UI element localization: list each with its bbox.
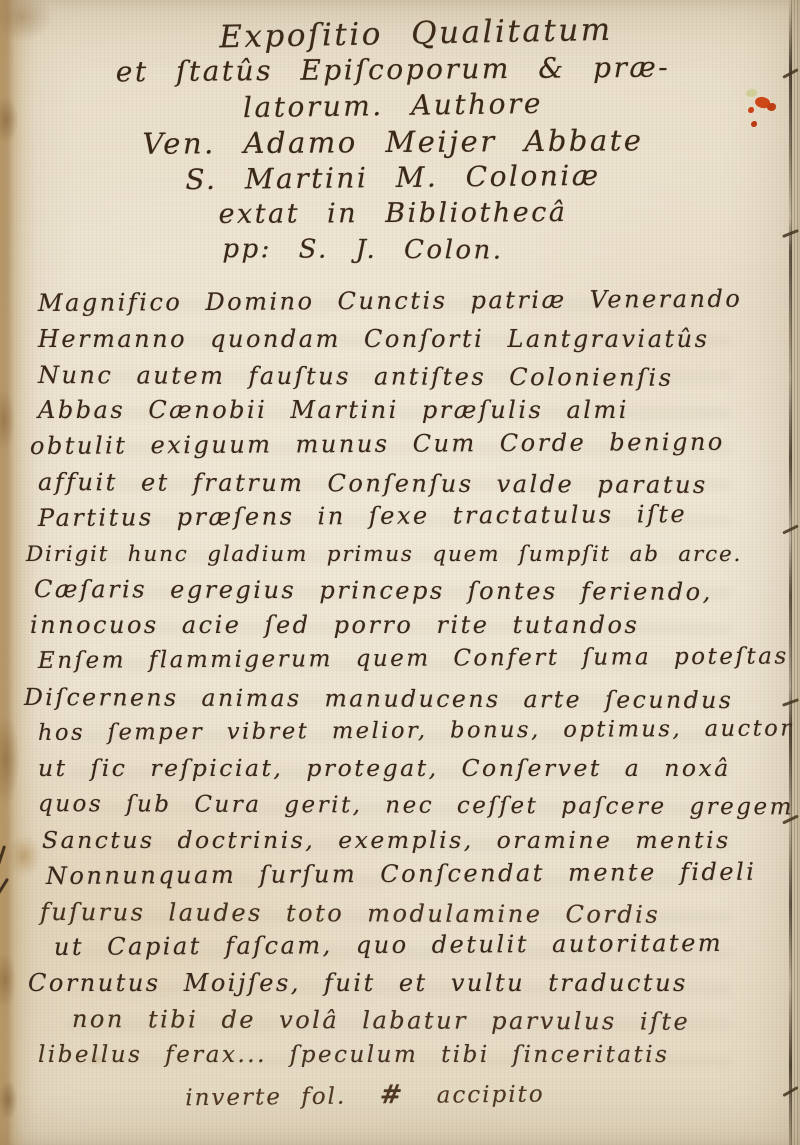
poem-line: Cornutus Moijſes, fuit et vultu traductu…	[28, 966, 772, 1002]
paint-dot	[767, 103, 776, 111]
poem-line: ut Capiat faſcam, quo detulit autoritate…	[54, 926, 772, 966]
footer-text2: accipito	[437, 1081, 545, 1108]
poem-line: non tibi de volâ labatur parvulus iſte	[72, 1002, 772, 1041]
poem-line: libellus ferax... ſpeculum tibi ſincerit…	[38, 1038, 772, 1074]
poem-line: Partitus præſens in ſexe tractatulus iſt…	[38, 496, 772, 536]
manuscript-page: Expoſitio Qualitatum et ſtatûs Epiſcopor…	[0, 0, 800, 1145]
fore-edge-pages	[791, 0, 800, 1145]
edge-stitch-mark	[782, 698, 799, 707]
poem-line: Cæſaris egregius princeps ſontes feriend…	[34, 572, 772, 611]
page-edge-line	[789, 0, 792, 1145]
edge-stitch-mark	[782, 68, 798, 79]
title-line: extat in Bibliothecâ	[28, 194, 758, 234]
poem-block: Magnifico Domino Cunctis patriæ Venerand…	[0, 286, 772, 1074]
edge-stitch-mark	[782, 524, 799, 534]
poem-line: Abbas Cænobii Martini præſulis almi	[38, 393, 772, 429]
poem-line: Dirigit hunc gladium primus quem ſumpſit…	[26, 537, 772, 573]
poem-line: innocuos acie ſed porro rite tutandos	[30, 608, 772, 644]
poem-line: Nunc autem fauſtus antiſtes Colonienſis	[38, 358, 772, 397]
poem-line: Hermanno quondam Conſorti Lantgraviatûs	[38, 322, 772, 358]
poem-line: ut ſic reſpiciat, protegat, Conſervet a …	[38, 751, 772, 787]
poem-line: hos ſemper vibret melior, bonus, optimus…	[38, 711, 772, 751]
title-block: Expoſitio Qualitatum et ſtatûs Epiſcopor…	[28, 16, 758, 268]
poem-line: Enſem flammigerum quem Confert ſuma pote…	[38, 639, 772, 679]
title-line: pp: S. J. Colon.	[28, 230, 758, 270]
footer-line: inverte fol. # accipito	[0, 1074, 800, 1117]
title-line: S. Martini M. Coloniæ	[28, 156, 758, 200]
edge-stitch-mark	[782, 229, 799, 238]
poem-line: Sanctus doctrinis, exemplis, oramine men…	[42, 823, 772, 859]
footer-text: inverte fol.	[185, 1084, 346, 1112]
poem-line: Magnifico Domino Cunctis patriæ Venerand…	[38, 282, 772, 322]
poem-line: quos ſub Cura gerit, nec ceſſet paſcere …	[38, 787, 772, 826]
folio-hash-mark: #	[377, 1078, 405, 1112]
poem-line: obtulit exiguum munus Cum Corde benigno	[30, 425, 772, 465]
poem-line: Nonnunquam ſurſum Conſcendat mente fidel…	[46, 854, 772, 894]
